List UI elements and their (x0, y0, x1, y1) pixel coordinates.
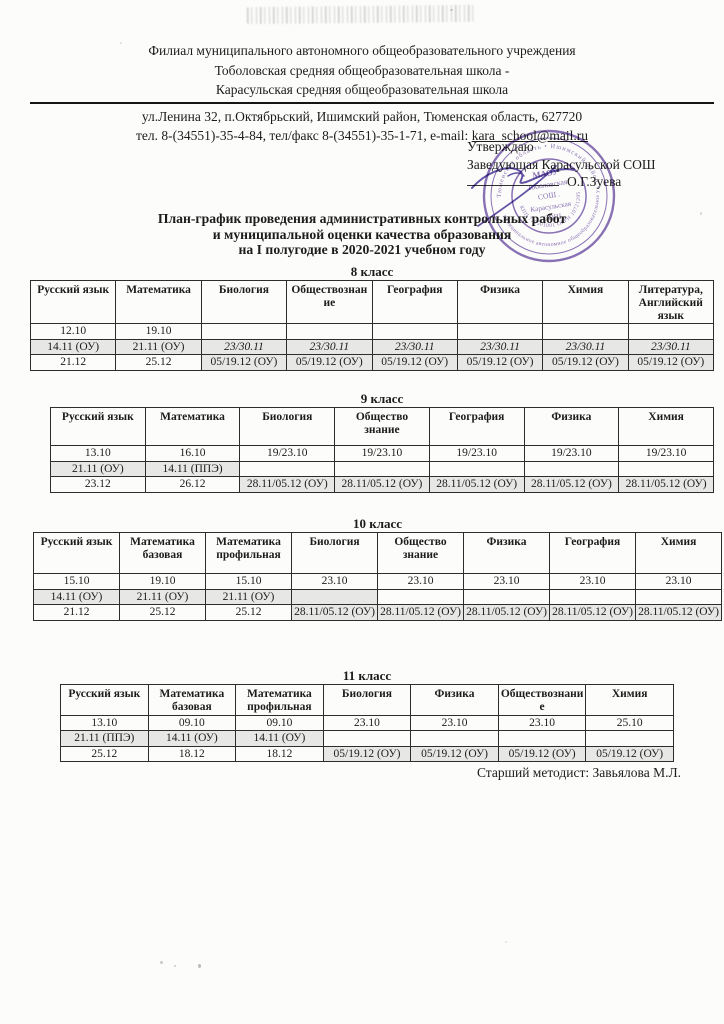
header-cell: Химия (636, 533, 722, 574)
organization-header: Филиал муниципального автономного общеоб… (0, 41, 724, 100)
scan-barcode-artifact (247, 5, 475, 24)
table-row: 14.11 (ОУ)21.11 (ОУ)21.11 (ОУ) (34, 589, 722, 605)
header-cell: Общество знание (378, 533, 464, 574)
data-cell (287, 324, 372, 340)
scan-speck (450, 9, 453, 11)
data-cell: 23.10 (378, 574, 464, 590)
data-cell: 21.11 (ОУ) (116, 339, 201, 355)
data-cell: 23.12 (51, 477, 146, 493)
data-cell: 21.12 (34, 605, 120, 621)
data-cell: 14.11 (ОУ) (31, 339, 116, 355)
header-cell: Литература, Английский язык (628, 281, 713, 324)
table-row: 21.1225.1225.1228.11/05.12 (ОУ)28.11/05.… (34, 605, 722, 621)
scanned-document-page: Филиал муниципального автономного общеоб… (0, 0, 724, 1024)
data-cell: 23/30.11 (628, 339, 713, 355)
data-cell: 28.11/05.12 (ОУ) (619, 477, 714, 493)
data-cell: 19/23.10 (240, 446, 335, 462)
document-title-line-1: План-график проведения административных … (0, 211, 724, 227)
data-cell: 23.10 (292, 574, 378, 590)
data-cell (619, 461, 714, 477)
data-cell: 14.11 (ППЭ) (145, 461, 240, 477)
header-cell: Обществознание (498, 685, 586, 716)
data-cell: 05/19.12 (ОУ) (323, 746, 411, 762)
data-cell: 09.10 (236, 715, 324, 731)
schedule-table-grade-9: Русский языкМатематикаБиологияОбщество з… (50, 407, 714, 493)
data-cell: 25.10 (586, 715, 674, 731)
data-cell: 21.11 (ОУ) (51, 461, 146, 477)
table-title-grade-8: 8 класс (30, 265, 714, 279)
data-cell: 23.10 (323, 715, 411, 731)
data-cell: 28.11/05.12 (ОУ) (378, 605, 464, 621)
data-cell: 19/23.10 (429, 446, 524, 462)
table-row: 23.1226.1228.11/05.12 (ОУ)28.11/05.12 (О… (51, 477, 714, 493)
section-grade-10: 10 класс Русский языкМатематика базоваяМ… (33, 517, 722, 621)
data-cell: 05/19.12 (ОУ) (287, 355, 372, 371)
data-cell: 19/23.10 (619, 446, 714, 462)
table-title-grade-9: 9 класс (50, 392, 714, 406)
data-cell: 05/19.12 (ОУ) (586, 746, 674, 762)
data-cell (411, 731, 499, 747)
header-cell: Обществознание (287, 281, 372, 324)
header-cell: Биология (323, 685, 411, 716)
data-cell: 15.10 (34, 574, 120, 590)
data-cell: 05/19.12 (ОУ) (411, 746, 499, 762)
data-cell: 14.11 (ОУ) (34, 589, 120, 605)
data-cell: 28.11/05.12 (ОУ) (292, 605, 378, 621)
signature-main-stroke (472, 168, 574, 188)
header-cell: Химия (586, 685, 674, 716)
data-cell: 26.12 (145, 477, 240, 493)
data-cell: 19/23.10 (335, 446, 430, 462)
header-cell: Химия (543, 281, 628, 324)
schedule-table-grade-10: Русский языкМатематика базоваяМатематика… (33, 532, 722, 621)
data-cell: 05/19.12 (ОУ) (201, 355, 286, 371)
header-cell: Математика базовая (120, 533, 206, 574)
data-cell: 28.11/05.12 (ОУ) (524, 477, 619, 493)
data-cell: 05/19.12 (ОУ) (498, 746, 586, 762)
header-cell: География (372, 281, 457, 324)
data-cell: 14.11 (ОУ) (148, 731, 236, 747)
header-cell: Математика (116, 281, 201, 324)
data-cell: 13.10 (51, 446, 146, 462)
data-cell: 23.10 (550, 574, 636, 590)
data-cell (543, 324, 628, 340)
footer-signature: Старший методист: Завьялова М.Л. (0, 765, 681, 781)
data-cell: 23.10 (498, 715, 586, 731)
org-name-line-1: Филиал муниципального автономного общеоб… (0, 41, 724, 61)
org-name-line-2: Тоболовская средняя общеобразовательная … (0, 61, 724, 81)
data-cell (335, 461, 430, 477)
org-name-line-3: Карасульская средняя общеобразовательная… (0, 80, 724, 100)
data-cell (550, 589, 636, 605)
data-cell: 23.10 (411, 715, 499, 731)
table-row: 14.11 (ОУ)21.11 (ОУ)23/30.1123/30.1123/3… (31, 339, 714, 355)
data-cell: 23/30.11 (457, 339, 542, 355)
header-cell: Математика (145, 408, 240, 446)
data-cell: 19/23.10 (524, 446, 619, 462)
data-cell: 25.12 (61, 746, 149, 762)
data-cell: 23/30.11 (543, 339, 628, 355)
data-cell: 05/19.12 (ОУ) (457, 355, 542, 371)
data-cell (372, 324, 457, 340)
data-cell: 05/19.12 (ОУ) (543, 355, 628, 371)
header-cell: Биология (240, 408, 335, 446)
data-cell: 25.12 (116, 355, 201, 371)
data-cell (524, 461, 619, 477)
scan-speck (160, 961, 163, 964)
scan-speck (174, 965, 176, 967)
table-row: 25.1218.1218.1205/19.12 (ОУ)05/19.12 (ОУ… (61, 746, 674, 762)
data-cell (586, 731, 674, 747)
scan-speck (120, 42, 122, 44)
address-line: ул.Ленина 32, п.Октябрьский, Ишимский ра… (0, 107, 724, 126)
data-cell: 16.10 (145, 446, 240, 462)
document-title-line-2: и муниципальной оценки качества образова… (0, 227, 724, 243)
data-cell (636, 589, 722, 605)
header-cell: Русский язык (61, 685, 149, 716)
data-cell: 18.12 (148, 746, 236, 762)
data-cell: 05/19.12 (ОУ) (628, 355, 713, 371)
data-cell: 19.10 (120, 574, 206, 590)
table-row: 21.11 (ОУ)14.11 (ППЭ) (51, 461, 714, 477)
data-cell: 28.11/05.12 (ОУ) (335, 477, 430, 493)
table-row: 12.1019.10 (31, 324, 714, 340)
header-cell: Физика (457, 281, 542, 324)
header-cell: Общество знание (335, 408, 430, 446)
data-cell: 21.11 (ППЭ) (61, 731, 149, 747)
header-cell: Русский язык (31, 281, 116, 324)
schedule-table-grade-8: Русский языкМатематикаБиологияОбществозн… (30, 280, 714, 371)
data-cell: 28.11/05.12 (ОУ) (429, 477, 524, 493)
data-cell (628, 324, 713, 340)
data-cell: 28.11/05.12 (ОУ) (240, 477, 335, 493)
header-cell: Русский язык (34, 533, 120, 574)
data-cell (429, 461, 524, 477)
section-grade-11: 11 класс Русский языкМатематика базоваяМ… (60, 669, 674, 762)
header-cell: География (550, 533, 636, 574)
section-grade-8: 8 класс Русский языкМатематикаБиологияОб… (30, 265, 714, 371)
scan-speck (198, 964, 201, 968)
data-cell: 21.11 (ОУ) (206, 589, 292, 605)
data-cell: 23/30.11 (201, 339, 286, 355)
data-cell: 05/19.12 (ОУ) (372, 355, 457, 371)
header-cell: География (429, 408, 524, 446)
data-cell: 25.12 (206, 605, 292, 621)
data-cell (464, 589, 550, 605)
table-title-grade-11: 11 класс (60, 669, 674, 683)
contact-prefix: тел. 8-(34551)-35-4-84, тел/факс 8-(3455… (136, 128, 472, 143)
data-cell (457, 324, 542, 340)
data-cell: 28.11/05.12 (ОУ) (550, 605, 636, 621)
data-cell: 09.10 (148, 715, 236, 731)
header-cell: Русский язык (51, 408, 146, 446)
data-cell: 23.10 (464, 574, 550, 590)
data-cell (201, 324, 286, 340)
table-row: 13.1009.1009.1023.1023.1023.1025.10 (61, 715, 674, 731)
data-cell: 23/30.11 (372, 339, 457, 355)
data-cell: 21.12 (31, 355, 116, 371)
data-cell (292, 589, 378, 605)
data-cell: 28.11/05.12 (ОУ) (636, 605, 722, 621)
data-cell (498, 731, 586, 747)
scan-speck (700, 212, 702, 215)
document-title: План-график проведения административных … (0, 211, 724, 258)
data-cell: 18.12 (236, 746, 324, 762)
header-cell: Физика (411, 685, 499, 716)
table-row: 15.1019.1015.1023.1023.1023.1023.1023.10 (34, 574, 722, 590)
data-cell (323, 731, 411, 747)
header-cell: Физика (464, 533, 550, 574)
schedule-table-grade-11: Русский языкМатематика базоваяМатематика… (60, 684, 674, 762)
data-cell: 15.10 (206, 574, 292, 590)
data-cell (240, 461, 335, 477)
data-cell: 23/30.11 (287, 339, 372, 355)
section-grade-9: 9 класс Русский языкМатематикаБиологияОб… (50, 392, 714, 493)
header-cell: Физика (524, 408, 619, 446)
data-cell: 21.11 (ОУ) (120, 589, 206, 605)
header-cell: Химия (619, 408, 714, 446)
header-cell: Биология (201, 281, 286, 324)
scan-speck (505, 941, 507, 943)
table-title-grade-10: 10 класс (33, 517, 722, 531)
data-cell (378, 589, 464, 605)
data-cell: 14.11 (ОУ) (236, 731, 324, 747)
header-cell: Математика профильная (236, 685, 324, 716)
header-cell: Математика базовая (148, 685, 236, 716)
data-cell: 19.10 (116, 324, 201, 340)
data-cell: 25.12 (120, 605, 206, 621)
header-divider (30, 102, 714, 104)
document-title-line-3: на I полугодие в 2020-2021 учебном году (0, 242, 724, 258)
data-cell: 13.10 (61, 715, 149, 731)
table-row: 21.11 (ППЭ)14.11 (ОУ)14.11 (ОУ) (61, 731, 674, 747)
table-row: 21.1225.1205/19.12 (ОУ)05/19.12 (ОУ)05/1… (31, 355, 714, 371)
data-cell: 28.11/05.12 (ОУ) (464, 605, 550, 621)
header-cell: Математика профильная (206, 533, 292, 574)
data-cell: 23.10 (636, 574, 722, 590)
data-cell: 12.10 (31, 324, 116, 340)
header-cell: Биология (292, 533, 378, 574)
table-row: 13.1016.1019/23.1019/23.1019/23.1019/23.… (51, 446, 714, 462)
